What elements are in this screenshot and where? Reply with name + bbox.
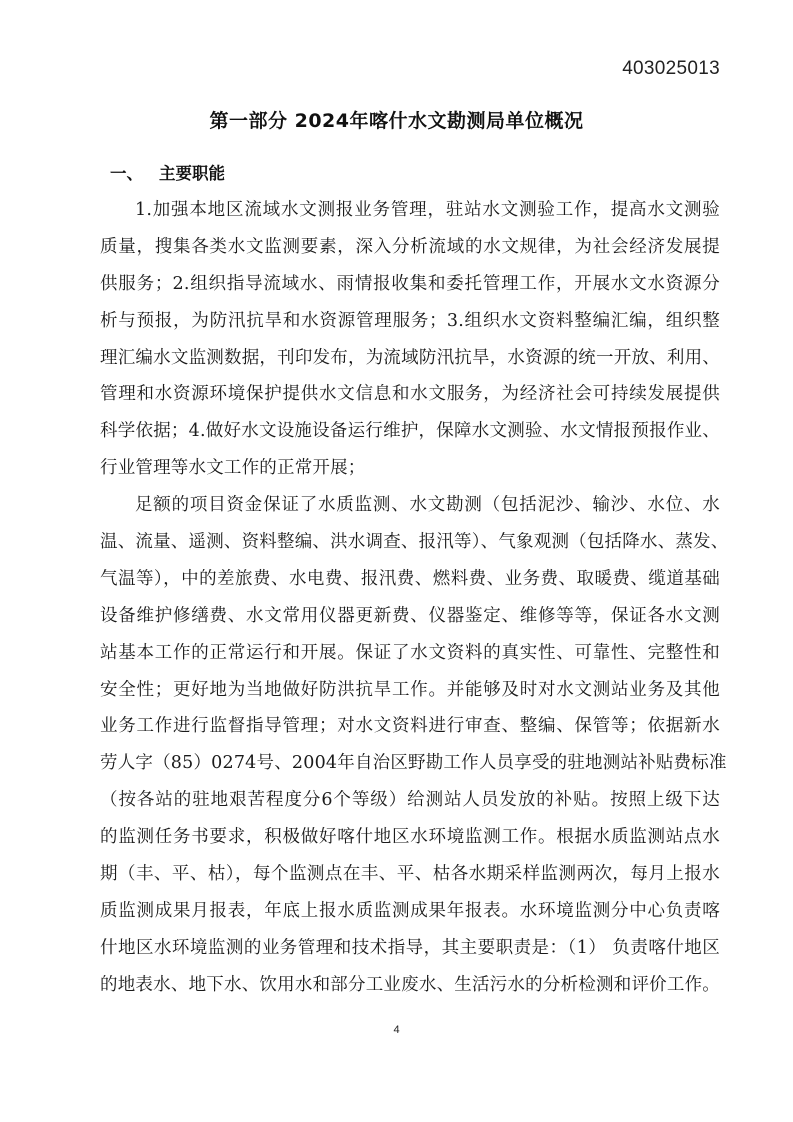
text-line: 气温等），中的差旅费、水电费、报汛费、燃料费、业务费、取暖费、缆道基础 (100, 561, 720, 598)
text-line: 供服务；2.组织指导流域水、雨情报收集和委托管理工作，开展水文水资源分 (100, 266, 720, 303)
text-line: 劳人字（85）0274号、2004年自治区野勘工作人员享受的驻地测站补贴费标准 (100, 745, 720, 782)
document-body: 1.加强本地区流域水文测报业务管理，驻站水文测验工作，提高水文测验 质量，搜集各… (100, 192, 720, 1004)
section-heading: 一、主要职能 (110, 160, 225, 184)
text-line: 行业管理等水文工作的正常开展； (100, 450, 720, 487)
document-code: 403025013 (622, 58, 720, 80)
section-number: 一、 (110, 164, 143, 183)
text-line: 的地表水、地下水、饮用水和部分工业废水、生活污水的分析检测和评价工作。 (100, 967, 720, 1004)
text-line: 期（丰、平、枯），每个监测点在丰、平、枯各水期采样监测两次，每月上报水 (100, 856, 720, 893)
text-line: 的监测任务书要求，积极做好喀什地区水环境监测工作。根据水质监测站点水 (100, 819, 720, 856)
text-line: 质监测成果月报表，年底上报水质监测成果年报表。水环境监测分中心负责喀 (100, 893, 720, 930)
page-title: 第一部分 2024年喀什水文勘测局单位概况 (0, 106, 793, 133)
text-line: 1.加强本地区流域水文测报业务管理，驻站水文测验工作，提高水文测验 (100, 192, 720, 229)
text-line: 什地区水环境监测的业务管理和技术指导，其主要职责是：（1） 负责喀什地区 (100, 930, 720, 967)
text-line: 足额的项目资金保证了水质监测、水文勘测（包括泥沙、输沙、水位、水 (100, 487, 720, 524)
text-line: 设备维护修缮费、水文常用仪器更新费、仪器鉴定、维修等等，保证各水文测 (100, 598, 720, 635)
paragraph-1: 1.加强本地区流域水文测报业务管理，驻站水文测验工作，提高水文测验 质量，搜集各… (100, 192, 720, 487)
text-line: 业务工作进行监督指导管理；对水文资料进行审查、整编、保管等；依据新水 (100, 708, 720, 745)
text-line: （按各站的驻地艰苦程度分6个等级）给测站人员发放的补贴。按照上级下达 (100, 782, 720, 819)
page-number: 4 (0, 1024, 793, 1036)
text-line: 管理和水资源环境保护提供水文信息和水文服务，为经济社会可持续发展提供 (100, 376, 720, 413)
paragraph-2: 足额的项目资金保证了水质监测、水文勘测（包括泥沙、输沙、水位、水 温、流量、遥测… (100, 487, 720, 1003)
section-heading-text: 主要职能 (159, 164, 225, 183)
text-line: 析与预报，为防汛抗旱和水资源管理服务；3.组织水文资料整编汇编，组织整 (100, 303, 720, 340)
text-line: 质量，搜集各类水文监测要素，深入分析流域的水文规律，为社会经济发展提 (100, 229, 720, 266)
text-line: 科学依据；4.做好水文设施设备运行维护，保障水文测验、水文情报预报作业、 (100, 413, 720, 450)
text-line: 理汇编水文监测数据，刊印发布，为流域防汛抗旱，水资源的统一开放、利用、 (100, 340, 720, 377)
text-line: 站基本工作的正常运行和开展。保证了水文资料的真实性、可靠性、完整性和 (100, 635, 720, 672)
text-line: 安全性；更好地为当地做好防洪抗旱工作。并能够及时对水文测站业务及其他 (100, 672, 720, 709)
text-line: 温、流量、遥测、资料整编、洪水调查、报汛等）、气象观测（包括降水、蒸发、 (100, 524, 720, 561)
